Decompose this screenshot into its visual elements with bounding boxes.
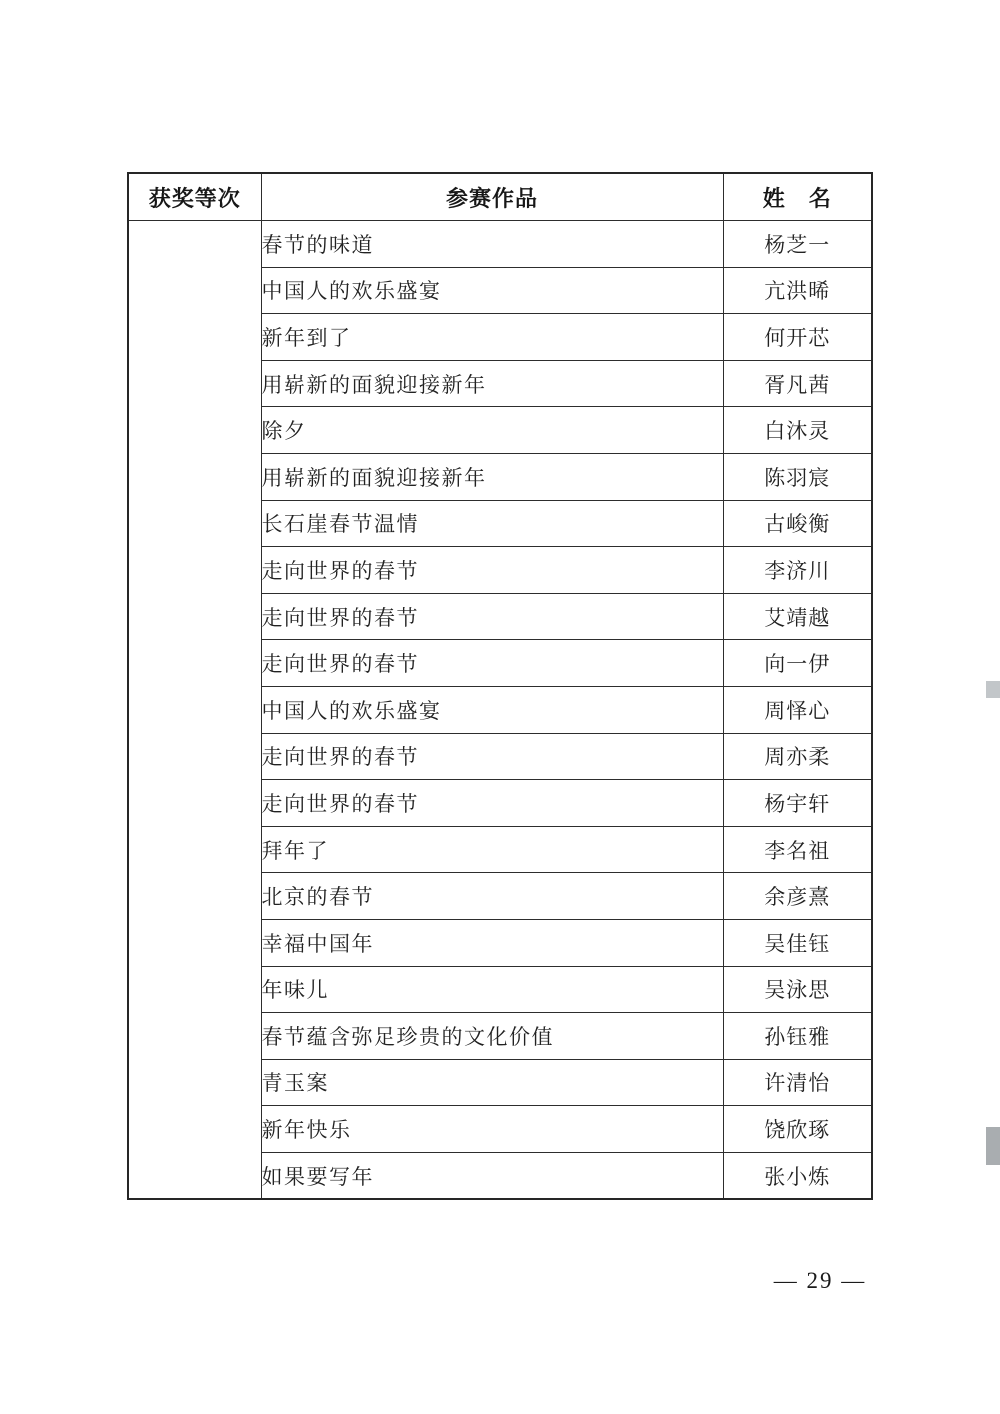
name-cell: 杨宇轩 <box>723 780 872 827</box>
work-cell: 拜年了 <box>261 826 723 873</box>
name-cell: 孙钰雅 <box>723 1013 872 1060</box>
name-cell: 胥凡茜 <box>723 360 872 407</box>
col-header-name: 姓 名 <box>723 173 872 221</box>
work-cell: 青玉案 <box>261 1059 723 1106</box>
work-cell: 走向世界的春节 <box>261 593 723 640</box>
page-number: — 29 — <box>760 1268 880 1294</box>
name-cell: 亢洪晞 <box>723 267 872 314</box>
award-level-cell <box>128 221 261 1200</box>
name-cell: 张小炼 <box>723 1152 872 1199</box>
work-cell: 长石崖春节温情 <box>261 500 723 547</box>
work-cell: 北京的春节 <box>261 873 723 920</box>
work-cell: 新年到了 <box>261 314 723 361</box>
awards-table-body: 春节的味道杨芝一中国人的欢乐盛宴亢洪晞新年到了何开芯用崭新的面貌迎接新年胥凡茜除… <box>128 221 872 1200</box>
work-cell: 如果要写年 <box>261 1152 723 1199</box>
work-cell: 年味儿 <box>261 966 723 1013</box>
work-cell: 中国人的欢乐盛宴 <box>261 267 723 314</box>
awards-table-header: 获奖等次 参赛作品 姓 名 <box>128 173 872 221</box>
col-header-work: 参赛作品 <box>261 173 723 221</box>
name-cell: 陈羽宸 <box>723 453 872 500</box>
name-cell: 李名祖 <box>723 826 872 873</box>
work-cell: 幸福中国年 <box>261 919 723 966</box>
work-cell: 走向世界的春节 <box>261 640 723 687</box>
name-cell: 古峻衡 <box>723 500 872 547</box>
right-edge-artifact-bottom <box>986 1127 1000 1165</box>
work-cell: 新年快乐 <box>261 1106 723 1153</box>
right-edge-artifact-top <box>986 681 1000 698</box>
work-cell: 走向世界的春节 <box>261 547 723 594</box>
name-cell: 许清怡 <box>723 1059 872 1106</box>
work-cell: 走向世界的春节 <box>261 780 723 827</box>
work-cell: 走向世界的春节 <box>261 733 723 780</box>
col-header-award-level: 获奖等次 <box>128 173 261 221</box>
work-cell: 春节蕴含弥足珍贵的文化价值 <box>261 1013 723 1060</box>
name-cell: 何开芯 <box>723 314 872 361</box>
name-cell: 杨芝一 <box>723 221 872 268</box>
name-cell: 白沐灵 <box>723 407 872 454</box>
name-cell: 李济川 <box>723 547 872 594</box>
name-cell: 艾靖越 <box>723 593 872 640</box>
name-cell: 向一伊 <box>723 640 872 687</box>
work-cell: 用崭新的面貌迎接新年 <box>261 360 723 407</box>
name-cell: 余彦熹 <box>723 873 872 920</box>
header-row: 获奖等次 参赛作品 姓 名 <box>128 173 872 221</box>
work-cell: 春节的味道 <box>261 221 723 268</box>
name-cell: 饶欣琢 <box>723 1106 872 1153</box>
name-cell: 周怿心 <box>723 686 872 733</box>
awards-table: 获奖等次 参赛作品 姓 名 春节的味道杨芝一中国人的欢乐盛宴亢洪晞新年到了何开芯… <box>127 172 873 1200</box>
work-cell: 中国人的欢乐盛宴 <box>261 686 723 733</box>
work-cell: 用崭新的面貌迎接新年 <box>261 453 723 500</box>
document-page: 获奖等次 参赛作品 姓 名 春节的味道杨芝一中国人的欢乐盛宴亢洪晞新年到了何开芯… <box>0 0 1000 1414</box>
work-cell: 除夕 <box>261 407 723 454</box>
name-cell: 吴佳钰 <box>723 919 872 966</box>
name-cell: 周亦柔 <box>723 733 872 780</box>
table-row: 春节的味道杨芝一 <box>128 221 872 268</box>
name-cell: 吴泳思 <box>723 966 872 1013</box>
